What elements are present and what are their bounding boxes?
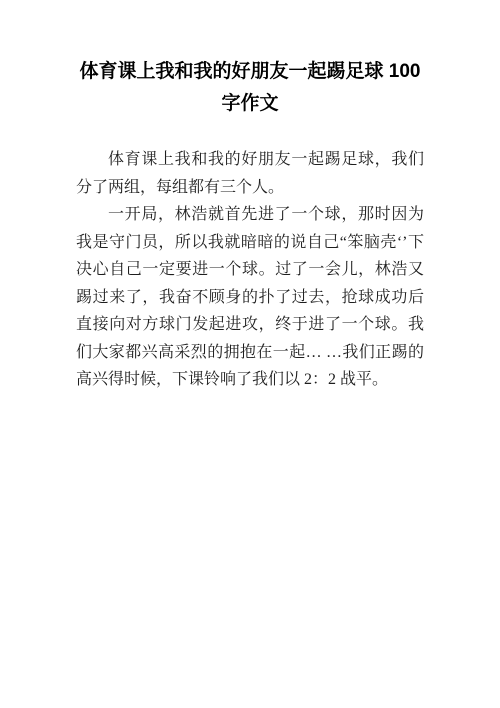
essay-paragraph-2: 一开局，林浩就首先进了一个球，那时因为我是守门员，所以我就暗暗的说自己“笨脑壳‘… bbox=[76, 201, 424, 394]
essay-title-line-1: 体育课上我和我的好朋友一起踢足球 100 bbox=[76, 56, 424, 88]
document-page: 体育课上我和我的好朋友一起踢足球 100 字作文 体育课上我和我的好朋友一起踢足… bbox=[0, 0, 500, 708]
essay-body: 体育课上我和我的好朋友一起踢足球，我们分了两组，每组都有三个人。 一开局，林浩就… bbox=[76, 146, 424, 394]
essay-paragraph-1: 体育课上我和我的好朋友一起踢足球，我们分了两组，每组都有三个人。 bbox=[76, 146, 424, 201]
essay-title-line-2: 字作文 bbox=[76, 88, 424, 120]
essay-title: 体育课上我和我的好朋友一起踢足球 100 字作文 bbox=[76, 56, 424, 120]
